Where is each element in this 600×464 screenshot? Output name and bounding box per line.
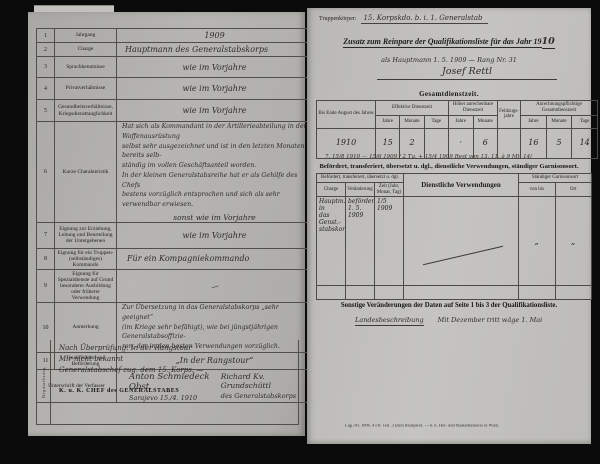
table-row: 4 Privatverhältnisse wie im Vorjahre	[37, 78, 313, 100]
table-row: 6 Kurze Charakteristik Hat sich als Komm…	[37, 122, 313, 223]
table-row: 9 Eignung für Spezialdienste auf Grund b…	[37, 269, 313, 302]
review-note: Nach Überprüfung: In der Rangstour	[59, 343, 294, 354]
col-year-header: Bis Ende August des Jahres	[317, 101, 376, 129]
subheader-zeit: Zeit (Jahr, Monat, Tag)	[375, 182, 404, 197]
page-title: Zusatz zum Reinpare der Qualifikationsli…	[307, 36, 591, 47]
table-row: 8 Eignung für ein Truppen- (selbständige…	[37, 248, 313, 269]
charakteristik-text: Hat sich als Kommandant in der Artilleri…	[119, 122, 310, 210]
row-label: Charge	[55, 43, 117, 57]
empty-cell	[346, 286, 375, 300]
duty-assignments-cell	[404, 197, 519, 286]
empty-cell	[555, 286, 592, 300]
right-page: Truppenkörper: 15. Korpskdo. b. i. 1. Ge…	[307, 8, 591, 444]
service-time-heading: Gesamtdienstzeit.	[307, 90, 591, 98]
value-von-bis-ditto: „	[519, 197, 556, 286]
margin-column: Begutachtung	[37, 340, 51, 424]
row-number: 8	[37, 248, 55, 269]
row-number: 5	[37, 100, 55, 122]
row-number: 3	[37, 57, 55, 78]
subheader-veraenderung: Veränderung	[346, 182, 375, 197]
empty-cell	[375, 286, 404, 300]
value-gesamt-tage: 14	[572, 128, 598, 158]
troop-label: Truppenkörper:	[319, 16, 356, 22]
changes-note-underlined: Landesbeschreibung	[355, 316, 424, 326]
title-year-handwritten: 10	[542, 36, 555, 49]
subheader: Tage	[572, 115, 598, 128]
printer-imprint: Lag.-Nr. 1896. 4 off. Teil. 3 (zum Reinp…	[345, 424, 499, 428]
table-row: 1 Jahrgang 1909	[37, 29, 313, 43]
changes-note-text: Mit Dezember tritt wäge 1. Mai	[438, 316, 543, 326]
service-time-table: Bis Ende August des Jahres Effektive Die…	[316, 100, 598, 159]
row-value-privatverhaeltnisse: wie im Vorjahre	[117, 78, 313, 100]
value-ort-ditto: „	[555, 197, 592, 286]
subheader-von-bis: von bis	[519, 182, 556, 197]
subheader-ort: Ort	[555, 182, 592, 197]
row-label: Kurze Charakteristik	[55, 122, 117, 223]
col-duty-assignments: Dienstliche Verwendungen	[404, 174, 519, 197]
subheader: Tage	[424, 115, 448, 128]
row-value-eignung-erziehung: wie im Vorjahre	[117, 222, 313, 248]
group-higher: Höher anrechenbare Dienstzeit	[449, 101, 498, 116]
charakteristik-closing: sonst wie im Vorjahre	[119, 213, 310, 222]
row-number: 6	[37, 122, 55, 223]
officer-name: Josef Rettl	[377, 66, 557, 80]
title-text: Zusatz zum Reinpare der Qualifikationsli…	[343, 37, 541, 48]
table-row: 7 Eignung zur Erziehung, Leitung und Beu…	[37, 222, 313, 248]
value-zeit: 1/5 1909	[375, 197, 404, 286]
row-number: 1	[37, 29, 55, 43]
row-value-truppenkommando: Für ein Kompagniekommando	[117, 248, 313, 269]
row-value-sprachkenntnisse: wie im Vorjahre	[117, 57, 313, 78]
row-value-charakteristik: Hat sich als Kommandant in der Artilleri…	[117, 122, 313, 223]
row-label: Privatverhältnisse	[55, 78, 117, 100]
subheader: Monate	[473, 115, 498, 128]
group-effective: Effektive Dienstzeit	[376, 101, 449, 116]
subheader: Jahre	[521, 115, 547, 128]
empty-cell	[317, 286, 346, 300]
subheader: Jahre	[449, 115, 474, 128]
row-value-spezialdienste: —	[117, 269, 313, 302]
group-garrison: Ständiger Garnisonsort	[519, 174, 592, 183]
review-section: Begutachtung Nach Überprüfung: In der Ra…	[36, 340, 299, 425]
row-number: 4	[37, 78, 55, 100]
row-number: 7	[37, 222, 55, 248]
row-value-jahrgang: 1909	[117, 29, 313, 43]
empty-cell	[519, 286, 556, 300]
transfer-empty-row	[317, 286, 592, 300]
group-total: Anrechnungspflichtige Gesamtdienstzeit	[521, 101, 598, 116]
diagonal-strike-mark	[423, 246, 503, 265]
transfer-values-row: Hauptm. in das Genst.- stabskorps beförd…	[317, 197, 592, 286]
changes-heading: Sonstige Veränderungen der Daten auf Sei…	[307, 302, 591, 309]
subheader: Monate	[546, 115, 572, 128]
value-veraenderung: befördert 1. 5. 1909	[346, 197, 375, 286]
row-label: Eignung zur Erziehung, Leitung und Beurt…	[55, 222, 117, 248]
transfer-table: Befördert, transferiert, übersetzt u. dg…	[316, 173, 592, 300]
troop-value: 15. Korpskdo. b. i. 1. Generalstab	[361, 14, 488, 24]
group-transfer: Befördert, transferiert, übersetzt u. dg…	[317, 174, 404, 183]
review-note: Mir nicht bekannt	[59, 354, 294, 365]
table-row: 3 Sprachkenntnisse wie im Vorjahre	[37, 57, 313, 78]
row-value-charge: Hauptmann des Generalstabskorps	[117, 43, 313, 57]
table-header-groups: Befördert, transferiert, übersetzt u. dg…	[317, 174, 592, 183]
left-page: 1 Jahrgang 1909 2 Charge Hauptmann des G…	[28, 12, 305, 436]
transfer-heading: Befördert, transferiert, übersetzt u. dg…	[307, 163, 591, 170]
review-note: Generalstabschef zug. dem 15. Korps. —	[59, 365, 294, 376]
table-row: 5 Gesundheitsverhältnisse, Kriegsdienstt…	[37, 100, 313, 122]
troop-line: Truppenkörper: 15. Korpskdo. b. i. 1. Ge…	[319, 14, 488, 24]
subheader: Monate	[400, 115, 424, 128]
row-label: Eignung für Spezialdienste auf Grund bes…	[55, 269, 117, 302]
empty-cell	[404, 286, 519, 300]
row-label: Jahrgang	[55, 29, 117, 43]
row-value-gesundheit: wie im Vorjahre	[117, 100, 313, 122]
row-label: Eignung für ein Truppen- (selbständiges)…	[55, 248, 117, 269]
value-charge: Hauptm. in das Genst.- stabskorps	[317, 197, 346, 286]
value-gesamt-monate: 5	[546, 128, 572, 158]
margin-label: Begutachtung	[41, 367, 46, 398]
row-number: 9	[37, 269, 55, 302]
row-label: Sprachkenntnisse	[55, 57, 117, 78]
row-label: Gesundheitsverhältnisse, Kriegsdiensttau…	[55, 100, 117, 122]
table-row: 2 Charge Hauptmann des Generalstabskorps	[37, 43, 313, 57]
changes-note: Landesbeschreibung Mit Dezember tritt wä…	[355, 316, 542, 326]
subheader-charge: Charge	[317, 182, 346, 197]
subheader: Jahre	[376, 115, 400, 128]
general-staff-stamp: K. u. K. CHEF des GENERALSTABES	[59, 388, 294, 394]
dash-mark: —	[209, 280, 219, 291]
review-content: Nach Überprüfung: In der Rangstour Mir n…	[51, 340, 298, 424]
row-number: 2	[37, 43, 55, 57]
table-header-groups: Bis Ende August des Jahres Effektive Die…	[317, 101, 598, 116]
calculation-note: 7. 15/8 1910 — 15/6 1909 / 2 Tg. + 15/4 …	[325, 154, 532, 160]
col-campaign-years: Feldzugs- jahre	[498, 101, 521, 129]
rank-line: als Hauptmann 1. 5. 1909 — Rang Nr. 31	[307, 56, 591, 64]
